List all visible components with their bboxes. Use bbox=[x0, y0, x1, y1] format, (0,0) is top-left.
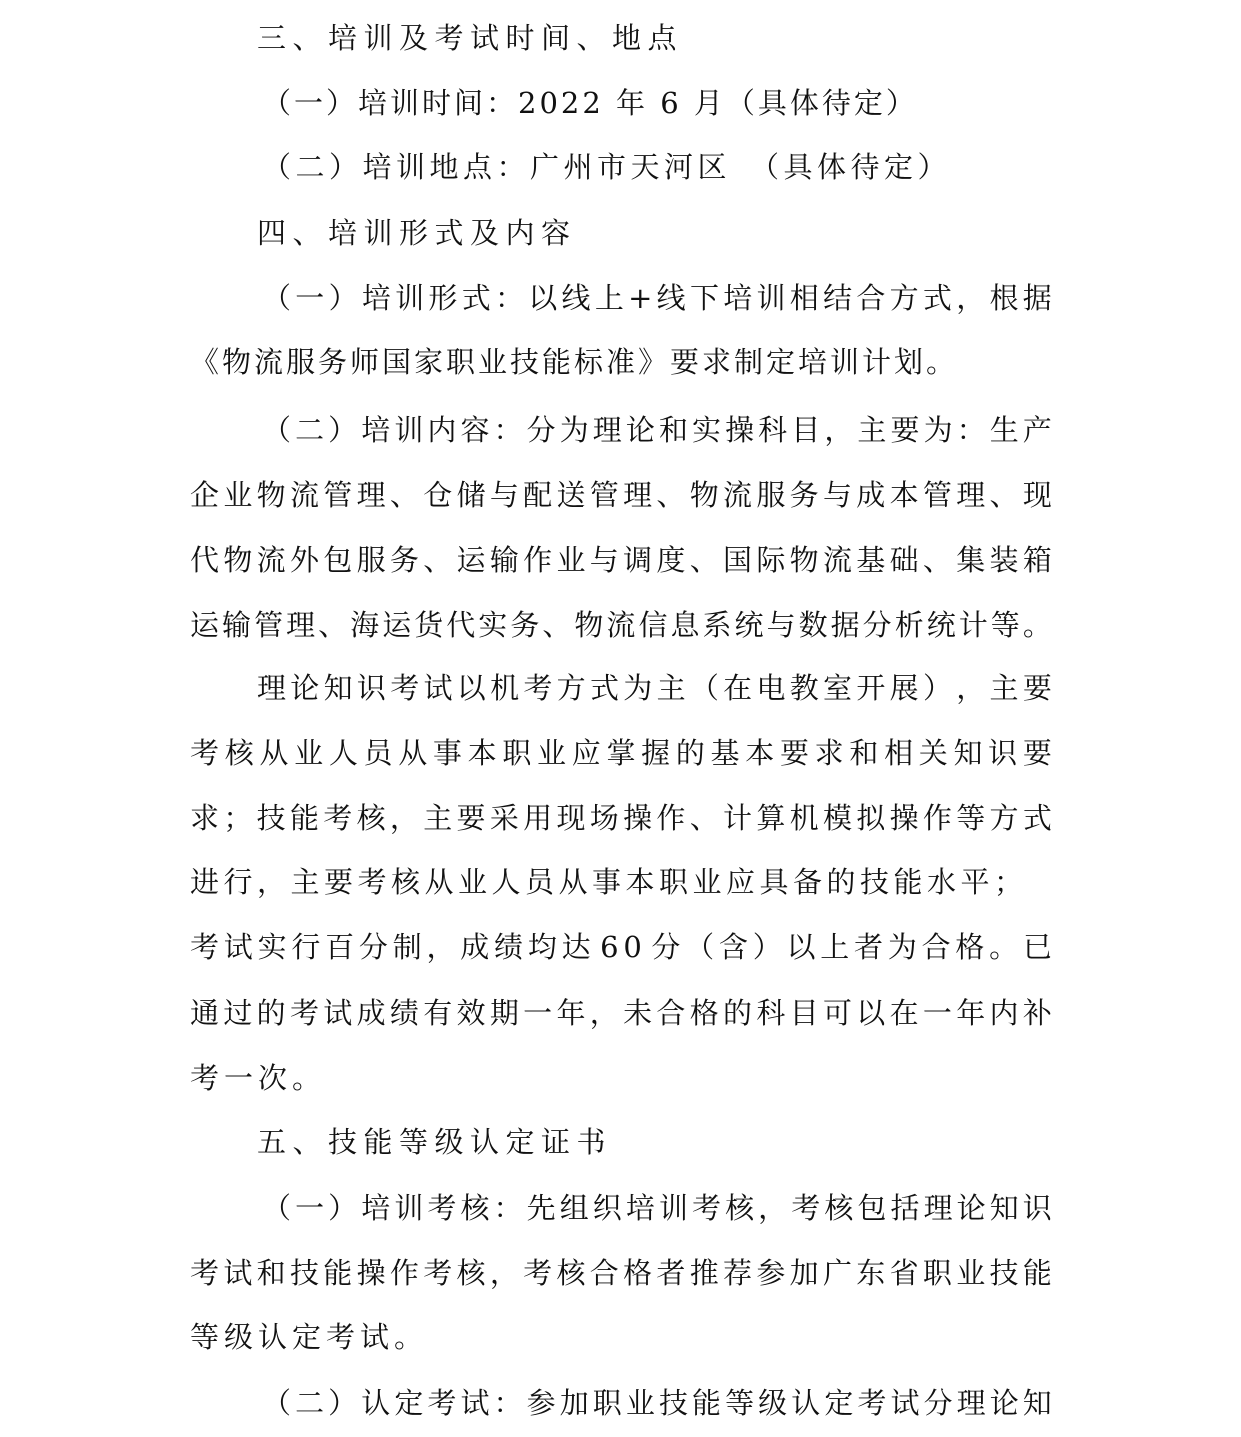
paragraph-line: 运输管理、海运货代实务、物流信息系统与数据分析统计等。 bbox=[190, 603, 1052, 647]
char: 合 bbox=[856, 276, 885, 320]
char: 考 bbox=[523, 666, 552, 710]
char: 掌 bbox=[606, 731, 635, 775]
char: 产 bbox=[1023, 408, 1052, 452]
char: 统 bbox=[927, 603, 956, 647]
paragraph-line: 理论知识考试以机考方式为主（在电教室开展），主要 bbox=[257, 666, 1052, 710]
char: 一 bbox=[923, 991, 952, 1035]
char: 试 bbox=[224, 925, 253, 969]
char: 在 bbox=[723, 666, 752, 710]
char: + bbox=[628, 276, 652, 320]
paragraph-line: （一）培训考核：先组织培训考核，考核包括理论知识 bbox=[262, 1186, 1052, 1230]
char: ） bbox=[923, 666, 952, 710]
char: ） bbox=[328, 1186, 357, 1230]
char: 方 bbox=[557, 666, 586, 710]
char: 广 bbox=[823, 1251, 852, 1295]
char: 统 bbox=[735, 603, 764, 647]
char: 配 bbox=[523, 473, 552, 517]
char: 式 bbox=[1023, 796, 1052, 840]
char: 机 bbox=[490, 666, 519, 710]
char: 采 bbox=[490, 796, 519, 840]
char: 通 bbox=[190, 991, 219, 1035]
char: 补 bbox=[1023, 991, 1052, 1035]
char: 考 bbox=[290, 991, 319, 1035]
char: 企 bbox=[190, 473, 219, 517]
char: 以 bbox=[457, 666, 486, 710]
char: 考 bbox=[190, 731, 219, 775]
char: 为 bbox=[924, 408, 953, 452]
char: 的 bbox=[723, 991, 752, 1035]
char: 务 bbox=[390, 538, 419, 582]
char: 、 bbox=[990, 473, 1019, 517]
char: 集 bbox=[956, 538, 985, 582]
char: 包 bbox=[857, 1186, 886, 1230]
char: 箱 bbox=[1023, 538, 1052, 582]
char: 者 bbox=[854, 925, 883, 969]
char: 主 bbox=[423, 796, 452, 840]
char: 考 bbox=[692, 1186, 721, 1230]
char: 储 bbox=[457, 473, 486, 517]
char: 式 bbox=[590, 666, 619, 710]
char: 考 bbox=[190, 925, 219, 969]
char: 业 bbox=[556, 538, 585, 582]
char: 员 bbox=[364, 731, 393, 775]
char: 运 bbox=[382, 603, 411, 647]
char: 服 bbox=[357, 538, 386, 582]
char: 识 bbox=[988, 731, 1017, 775]
char: 本 bbox=[745, 731, 774, 775]
char: 识 bbox=[357, 666, 386, 710]
char: 未 bbox=[623, 991, 652, 1035]
char: 握 bbox=[641, 731, 670, 775]
char: 荐 bbox=[723, 1251, 752, 1295]
char: 理 bbox=[286, 603, 315, 647]
char: ） bbox=[328, 1381, 357, 1425]
char: 、 bbox=[390, 473, 419, 517]
char: 物 bbox=[790, 538, 819, 582]
char: 室 bbox=[823, 666, 852, 710]
section-heading-3: 三、培训及考试时间、地点 bbox=[257, 16, 1052, 60]
char: 组 bbox=[560, 1186, 589, 1230]
char: 训 bbox=[394, 408, 423, 452]
char: 系 bbox=[703, 603, 732, 647]
char: 教 bbox=[790, 666, 819, 710]
char: 事 bbox=[433, 731, 462, 775]
char: 6 bbox=[600, 925, 618, 969]
paragraph-line: 考一次。 bbox=[190, 1056, 1052, 1100]
char: 流 bbox=[257, 538, 286, 582]
char: 基 bbox=[711, 731, 740, 775]
char: 息 bbox=[670, 603, 699, 647]
char: 技 bbox=[990, 1251, 1019, 1295]
char: 二 bbox=[295, 1381, 324, 1425]
char: 与 bbox=[490, 473, 519, 517]
char: 分 bbox=[924, 1381, 953, 1425]
char: 和 bbox=[659, 408, 688, 452]
char: 作 bbox=[923, 796, 952, 840]
char: 能 bbox=[323, 1251, 352, 1295]
char: 先 bbox=[527, 1186, 556, 1230]
char: 和 bbox=[849, 731, 878, 775]
char: 效 bbox=[457, 991, 486, 1035]
char: 培 bbox=[723, 276, 752, 320]
char: 上 bbox=[820, 925, 849, 969]
char: 分 bbox=[527, 408, 556, 452]
char: 流 bbox=[606, 603, 635, 647]
char: 本 bbox=[890, 473, 919, 517]
char: 基 bbox=[856, 538, 885, 582]
char: 论 bbox=[957, 1186, 986, 1230]
char: 绩 bbox=[494, 925, 523, 969]
char: 东 bbox=[856, 1251, 885, 1295]
char: 以 bbox=[528, 276, 557, 320]
char: 成 bbox=[460, 925, 489, 969]
char: 、 bbox=[542, 603, 571, 647]
char: 省 bbox=[890, 1251, 919, 1295]
char: ， bbox=[590, 991, 619, 1035]
char: 外 bbox=[290, 538, 319, 582]
char: 操 bbox=[357, 1251, 386, 1295]
char: ） bbox=[328, 408, 357, 452]
char: 等 bbox=[991, 603, 1020, 647]
char: 线 bbox=[562, 276, 591, 320]
char: 以 bbox=[856, 991, 885, 1035]
char: 计 bbox=[959, 603, 988, 647]
char: 本 bbox=[468, 731, 497, 775]
char: 技 bbox=[257, 796, 286, 840]
char: ： bbox=[957, 408, 986, 452]
char: 括 bbox=[890, 1186, 919, 1230]
char: 过 bbox=[223, 991, 252, 1035]
char: 认 bbox=[791, 1381, 820, 1425]
char: 考 bbox=[427, 1381, 456, 1425]
char: 国 bbox=[723, 538, 752, 582]
char: 考 bbox=[857, 1381, 886, 1425]
char: 机 bbox=[790, 796, 819, 840]
paragraph-line: 《物流服务师国家职业技能标准》要求制定培训计划。 bbox=[190, 340, 1052, 384]
char: 调 bbox=[623, 538, 652, 582]
char: 开 bbox=[856, 666, 885, 710]
paragraph-line: 进行，主要考核从业人员从事本职业应具备的技能水平； bbox=[190, 860, 1052, 904]
char: 操 bbox=[725, 408, 754, 452]
char: 管 bbox=[323, 473, 352, 517]
char: 格 bbox=[690, 991, 719, 1035]
char: 、 bbox=[318, 603, 347, 647]
paragraph-line: 考核从业人员从事本职业应掌握的基本要求和相关知识要 bbox=[190, 731, 1052, 775]
char: 析 bbox=[895, 603, 924, 647]
char: 操 bbox=[890, 796, 919, 840]
char: 理 bbox=[257, 666, 286, 710]
char: 。 bbox=[1023, 603, 1052, 647]
char: 合 bbox=[656, 991, 685, 1035]
char: ） bbox=[329, 276, 358, 320]
char: ； bbox=[223, 796, 252, 840]
char: 论 bbox=[290, 666, 319, 710]
char: 训 bbox=[757, 276, 786, 320]
char: 货 bbox=[414, 603, 443, 647]
char: 与 bbox=[767, 603, 796, 647]
char: 物 bbox=[223, 538, 252, 582]
char: 行 bbox=[291, 925, 320, 969]
char: 试 bbox=[423, 666, 452, 710]
char: 式 bbox=[462, 276, 491, 320]
char: 均 bbox=[528, 925, 557, 969]
char: 现 bbox=[1023, 473, 1052, 517]
char: 核 bbox=[457, 1251, 486, 1295]
char: ， bbox=[824, 408, 853, 452]
char: 作 bbox=[390, 1251, 419, 1295]
char: 、 bbox=[690, 796, 719, 840]
char: 等 bbox=[956, 796, 985, 840]
char: 理 bbox=[357, 473, 386, 517]
char: 物 bbox=[574, 603, 603, 647]
char: 场 bbox=[590, 796, 619, 840]
char: 年 bbox=[556, 991, 585, 1035]
char: 主 bbox=[990, 666, 1019, 710]
char: 能 bbox=[692, 1381, 721, 1425]
char: 方 bbox=[990, 796, 1019, 840]
char: 训 bbox=[659, 1186, 688, 1230]
char: （ bbox=[690, 666, 719, 710]
char: 培 bbox=[361, 408, 390, 452]
char: 知 bbox=[324, 666, 353, 710]
char: 输 bbox=[222, 603, 251, 647]
char: 实 bbox=[692, 408, 721, 452]
char: 内 bbox=[427, 408, 456, 452]
char: 上 bbox=[595, 276, 624, 320]
char: 已 bbox=[1023, 925, 1052, 969]
char: 考 bbox=[423, 1251, 452, 1295]
char: 下 bbox=[690, 276, 719, 320]
char: 培 bbox=[361, 1186, 390, 1230]
char: 管 bbox=[923, 473, 952, 517]
char: 电 bbox=[756, 666, 785, 710]
char: 期 bbox=[490, 991, 519, 1035]
char: 推 bbox=[690, 1251, 719, 1295]
char: 业 bbox=[294, 731, 323, 775]
char: 务 bbox=[510, 603, 539, 647]
char: 为 bbox=[888, 925, 917, 969]
char: 式 bbox=[923, 276, 952, 320]
char: 核 bbox=[460, 1186, 489, 1230]
char: 成 bbox=[357, 991, 386, 1035]
char: 据 bbox=[831, 603, 860, 647]
char: 和 bbox=[257, 1251, 286, 1295]
char: 一 bbox=[295, 276, 324, 320]
char: 输 bbox=[490, 538, 519, 582]
char: 内 bbox=[990, 991, 1019, 1035]
char: 分 bbox=[863, 603, 892, 647]
char: 运 bbox=[190, 603, 219, 647]
char: 0 bbox=[623, 925, 641, 969]
char: 论 bbox=[990, 1381, 1019, 1425]
char: 试 bbox=[223, 1251, 252, 1295]
char: 从 bbox=[398, 731, 427, 775]
paragraph-line: （二）认定考试：参加职业技能等级认定考试分理论知 bbox=[262, 1381, 1052, 1425]
char: 训 bbox=[395, 276, 424, 320]
char: 服 bbox=[756, 473, 785, 517]
section-heading-4: 四、培训形式及内容 bbox=[257, 211, 1052, 255]
char: 格 bbox=[955, 925, 984, 969]
char: 的 bbox=[257, 991, 286, 1035]
char: 物 bbox=[257, 473, 286, 517]
char: （ bbox=[262, 408, 291, 452]
char: 为 bbox=[560, 408, 589, 452]
char: ， bbox=[390, 796, 419, 840]
char: ） bbox=[753, 925, 782, 969]
char: 业 bbox=[956, 1251, 985, 1295]
char: 合 bbox=[590, 1251, 619, 1295]
char: 送 bbox=[556, 473, 585, 517]
char: 职 bbox=[923, 1251, 952, 1295]
char: 与 bbox=[590, 538, 619, 582]
char: 流 bbox=[823, 538, 852, 582]
char: 能 bbox=[1023, 1251, 1052, 1295]
char: 线 bbox=[657, 276, 686, 320]
char: 主 bbox=[857, 408, 886, 452]
char: 形 bbox=[428, 276, 457, 320]
char: 结 bbox=[823, 276, 852, 320]
char: 有 bbox=[423, 991, 452, 1035]
char: 业 bbox=[626, 1381, 655, 1425]
char: 度 bbox=[656, 538, 685, 582]
char: 参 bbox=[756, 1251, 785, 1295]
char: 理 bbox=[593, 408, 622, 452]
char: 作 bbox=[523, 538, 552, 582]
char: ， bbox=[490, 1251, 519, 1295]
char: 百 bbox=[325, 925, 354, 969]
char: 人 bbox=[329, 731, 358, 775]
char: 试 bbox=[460, 1381, 489, 1425]
char: 从 bbox=[259, 731, 288, 775]
char: 为 bbox=[623, 666, 652, 710]
char: 目 bbox=[790, 991, 819, 1035]
char: 根 bbox=[989, 276, 1018, 320]
char: 格 bbox=[623, 1251, 652, 1295]
char: 、 bbox=[656, 473, 685, 517]
char: 技 bbox=[659, 1381, 688, 1425]
document-page: 三、培训及考试时间、地点 （一）培训时间：2022 年 6 月（具体待定） （二… bbox=[0, 0, 1241, 1437]
char: 数 bbox=[799, 603, 828, 647]
char: 作 bbox=[656, 796, 685, 840]
char: ， bbox=[758, 1186, 787, 1230]
char: 业 bbox=[537, 731, 566, 775]
char: 据 bbox=[1023, 276, 1052, 320]
char: 含 bbox=[719, 925, 748, 969]
char: 可 bbox=[823, 991, 852, 1035]
char: 流 bbox=[723, 473, 752, 517]
char: 一 bbox=[295, 1186, 324, 1230]
char: 与 bbox=[823, 473, 852, 517]
char: 仓 bbox=[423, 473, 452, 517]
paragraph-line: 等级认定考试。 bbox=[190, 1315, 1052, 1359]
char: 、 bbox=[923, 538, 952, 582]
char: ， bbox=[956, 276, 985, 320]
char: 加 bbox=[560, 1381, 589, 1425]
char: （ bbox=[262, 1381, 291, 1425]
char: 考 bbox=[323, 796, 352, 840]
char: 代 bbox=[446, 603, 475, 647]
char: 考 bbox=[427, 1186, 456, 1230]
char: 二 bbox=[295, 408, 324, 452]
char: 用 bbox=[523, 796, 552, 840]
paragraph-line: 通过的考试成绩有效期一年，未合格的科目可以在一年内补 bbox=[190, 991, 1052, 1035]
char: 分 bbox=[651, 925, 680, 969]
paragraph-line: （一）培训形式：以线上+线下培训相结合方式，根据 bbox=[262, 276, 1052, 320]
char: 以 bbox=[786, 925, 815, 969]
char: ： bbox=[494, 408, 523, 452]
char: 试 bbox=[890, 1381, 919, 1425]
paragraph-line: （二）培训内容：分为理论和实操科目，主要为：生产 bbox=[262, 408, 1052, 452]
char: 业 bbox=[223, 473, 252, 517]
char: 核 bbox=[824, 1186, 853, 1230]
char: 训 bbox=[394, 1186, 423, 1230]
char: 知 bbox=[990, 1186, 1019, 1230]
char: 考 bbox=[523, 1251, 552, 1295]
char: 理 bbox=[957, 1381, 986, 1425]
paragraph-line: （二）培训地点：广州市天河区 （具体待定） bbox=[262, 145, 1052, 189]
char: 生 bbox=[990, 408, 1019, 452]
char: 达 bbox=[562, 925, 591, 969]
char: 展 bbox=[890, 666, 919, 710]
char: 拟 bbox=[856, 796, 885, 840]
char: 装 bbox=[990, 538, 1019, 582]
char: 考 bbox=[791, 1186, 820, 1230]
char: 物 bbox=[690, 473, 719, 517]
char: 相 bbox=[884, 731, 913, 775]
char: 信 bbox=[638, 603, 667, 647]
char: ： bbox=[494, 1186, 523, 1230]
char: 核 bbox=[556, 1251, 585, 1295]
char: ： bbox=[495, 276, 524, 320]
char: 模 bbox=[823, 796, 852, 840]
char: 识 bbox=[1023, 1186, 1052, 1230]
char: 加 bbox=[790, 1251, 819, 1295]
char: 科 bbox=[758, 408, 787, 452]
char: 考 bbox=[190, 1251, 219, 1295]
char: 关 bbox=[919, 731, 948, 775]
char: 理 bbox=[623, 473, 652, 517]
paragraph-line: 求；技能考核，主要采用现场操作、计算机模拟操作等方式 bbox=[190, 796, 1052, 840]
char: 现 bbox=[556, 796, 585, 840]
char: 核 bbox=[225, 731, 254, 775]
char: 科 bbox=[756, 991, 785, 1035]
char: 织 bbox=[593, 1186, 622, 1230]
char: 级 bbox=[758, 1381, 787, 1425]
char: 务 bbox=[790, 473, 819, 517]
char: 在 bbox=[890, 991, 919, 1035]
char: ， bbox=[956, 666, 985, 710]
paragraph-line: 企业物流管理、仓储与配送管理、物流服务与成本管理、现 bbox=[190, 473, 1052, 517]
char: 职 bbox=[502, 731, 531, 775]
char: 流 bbox=[290, 473, 319, 517]
char: （ bbox=[262, 276, 291, 320]
char: 实 bbox=[258, 925, 287, 969]
section-heading-5: 五、技能等级认定证书 bbox=[257, 1120, 1052, 1164]
paragraph-line: 考试实行百分制，成绩均达 60 分（含）以上者为合格。已 bbox=[190, 925, 1052, 969]
char: 的 bbox=[676, 731, 705, 775]
char: 实 bbox=[478, 603, 507, 647]
char: 主 bbox=[657, 666, 686, 710]
char: 运 bbox=[457, 538, 486, 582]
char: 试 bbox=[323, 991, 352, 1035]
char: 技 bbox=[290, 1251, 319, 1295]
char: 考 bbox=[390, 666, 419, 710]
char: 操 bbox=[623, 796, 652, 840]
char: 知 bbox=[1023, 1381, 1052, 1425]
char: 论 bbox=[626, 408, 655, 452]
char: 管 bbox=[254, 603, 283, 647]
char: 核 bbox=[357, 796, 386, 840]
